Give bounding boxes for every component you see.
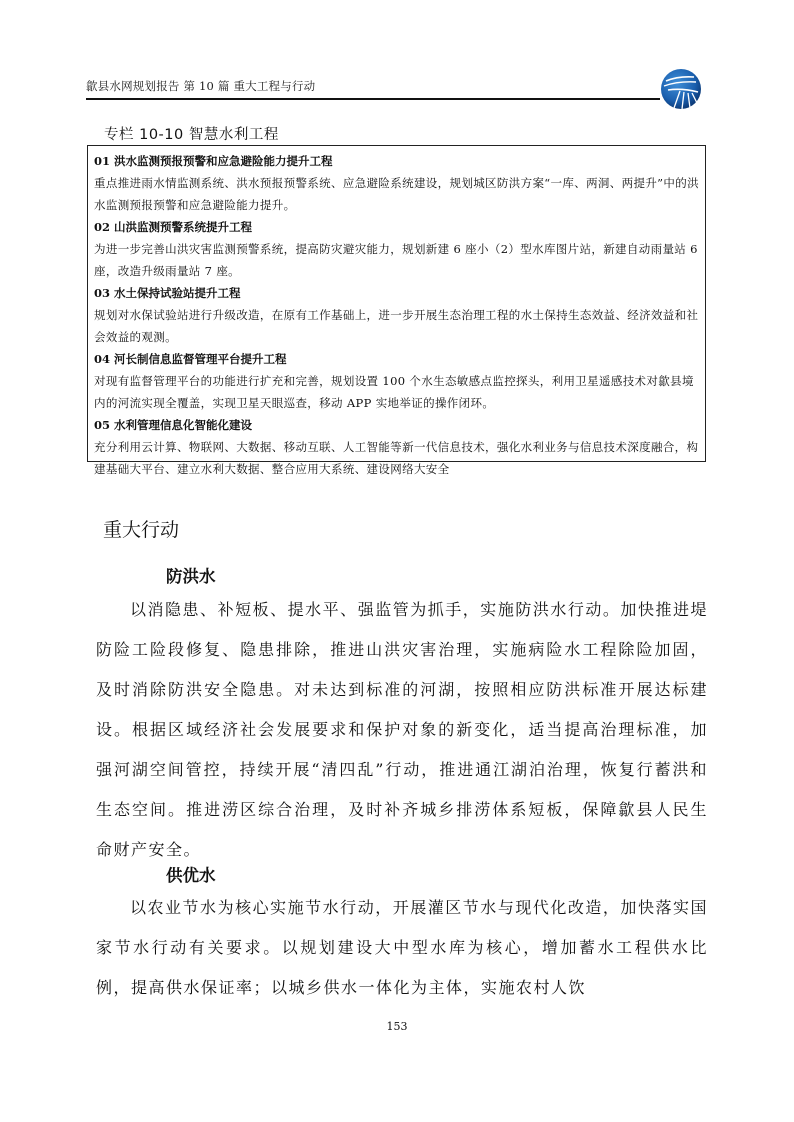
item-title: 02 山洪监测预警系统提升工程 bbox=[94, 216, 705, 238]
section-title: 重大行动 bbox=[103, 515, 179, 542]
item-title: 03 水土保持试验站提升工程 bbox=[94, 282, 705, 304]
item-body: 规划对水保试验站进行升级改造，在原有工作基础上，进一步开展生态治理工程的水土保持… bbox=[94, 304, 705, 348]
feature-box: 01 洪水监测预报预警和应急避险能力提升工程 重点推进雨水情监测系统、洪水预报预… bbox=[87, 145, 706, 462]
subsection-title-supply: 供优水 bbox=[166, 862, 216, 886]
item-title: 01 洪水监测预报预警和应急避险能力提升工程 bbox=[94, 150, 705, 172]
paragraph-supply: 以农业节水为核心实施节水行动，开展灌区节水与现代化改造，加快落实国家节水行动有关… bbox=[96, 888, 708, 1008]
paragraph-flood: 以消隐患、补短板、提水平、强监管为抓手，实施防洪水行动。加快推进堤防险工险段修复… bbox=[96, 590, 708, 870]
running-header: 歙县水网规划报告 第 10 篇 重大工程与行动 bbox=[86, 76, 660, 100]
page-number: 153 bbox=[0, 1020, 794, 1033]
box-title: 专栏 10-10 智慧水利工程 bbox=[104, 123, 279, 144]
item-body: 充分利用云计算、物联网、大数据、移动互联、人工智能等新一代信息技术，强化水利业务… bbox=[94, 436, 705, 480]
subsection-title-flood: 防洪水 bbox=[166, 563, 216, 587]
item-title: 05 水利管理信息化智能化建设 bbox=[94, 414, 705, 436]
water-wave-logo-icon bbox=[660, 68, 702, 110]
item-title: 04 河长制信息监督管理平台提升工程 bbox=[94, 348, 705, 370]
running-title: 歙县水网规划报告 第 10 篇 重大工程与行动 bbox=[86, 78, 315, 94]
item-body: 重点推进雨水情监测系统、洪水预报预警系统、应急避险系统建设，规划城区防洪方案“一… bbox=[94, 172, 705, 216]
item-body: 对现有监督管理平台的功能进行扩充和完善，规划设置 100 个水生态敏感点监控探头… bbox=[94, 370, 705, 414]
item-body: 为进一步完善山洪灾害监测预警系统，提高防灾避灾能力，规划新建 6 座小（2）型水… bbox=[94, 238, 705, 282]
